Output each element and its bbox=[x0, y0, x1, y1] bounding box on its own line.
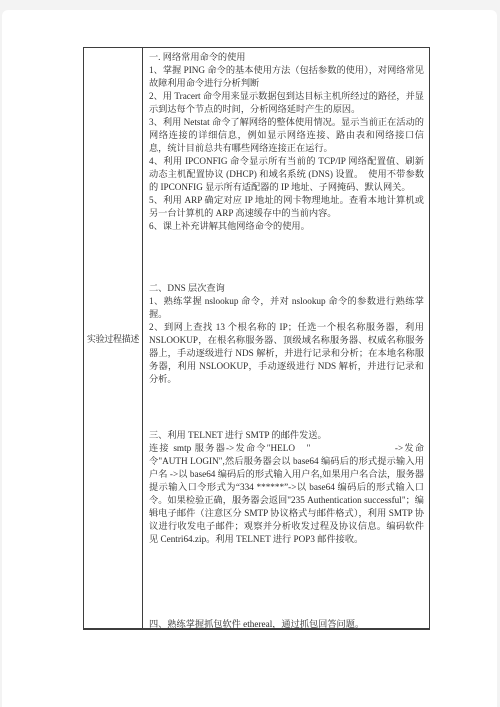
sec3-title: 三、利用 TELNET 进行 SMTP 的邮件发送。 bbox=[149, 429, 424, 442]
section-ethereal: 四、熟练掌握抓包软件 ethereal，通过抓包回答问题。 bbox=[149, 618, 424, 628]
sec2-item-1: 1、熟练掌握 nslookup 命令，并对 nslookup 命令的参数进行熟练… bbox=[149, 295, 424, 321]
sec1-item-1: 1、掌握 PING 命令的基本使用方法（包括参数的使用），对网络常见故障利用命令… bbox=[149, 64, 424, 90]
row-header-cell: 实验过程描述 bbox=[84, 48, 143, 628]
sec1-item-3: 3、利用 Netstat 命令了解网络的整体使用情况。显示当前正在活动的网络连接… bbox=[149, 116, 424, 155]
section-telnet-smtp: 三、利用 TELNET 进行 SMTP 的邮件发送。 连接 smtp 服务器->… bbox=[149, 429, 424, 546]
row-label: 实验过程描述 bbox=[87, 332, 139, 345]
sec1-item-6: 6、课上补充讲解其他网络命令的使用。 bbox=[149, 220, 424, 233]
sec4-title: 四、熟练掌握抓包软件 ethereal，通过抓包回答问题。 bbox=[149, 618, 424, 628]
section-dns-query: 二、DNS 层次查询 1、熟练掌握 nslookup 命令，并对 nslooku… bbox=[149, 282, 424, 386]
sec1-item-5: 5、利用 ARP 确定对应 IP 地址的网卡物理地址。查看本地计算机或另一台计算… bbox=[149, 194, 424, 220]
sec1-item-4: 4、利用 IPCONFIG 命令显示所有当前的 TCP/IP 网络配置值、刷新动… bbox=[149, 155, 424, 194]
sec2-title: 二、DNS 层次查询 bbox=[149, 282, 424, 295]
sec3-body: 连接 smtp 服务器->发命令"HELO " ->发命令"AUTH LOGIN… bbox=[149, 442, 424, 546]
section-network-commands: 一. 网络常用命令的使用 1、掌握 PING 命令的基本使用方法（包括参数的使用… bbox=[149, 51, 424, 233]
sec1-item-2: 2、用 Tracert 命令用来显示数据包到达目标主机所经过的路径，并显示到达每… bbox=[149, 90, 424, 116]
sec2-item-2: 2、到网上查找 13 个根名称的 IP；任选一个根名称服务器，利用 NSLOOK… bbox=[149, 321, 424, 386]
row-content-cell: 一. 网络常用命令的使用 1、掌握 PING 命令的基本使用方法（包括参数的使用… bbox=[143, 48, 429, 628]
experiment-table: 实验过程描述 一. 网络常用命令的使用 1、掌握 PING 命令的基本使用方法（… bbox=[83, 47, 430, 630]
sec1-title: 一. 网络常用命令的使用 bbox=[149, 51, 424, 64]
